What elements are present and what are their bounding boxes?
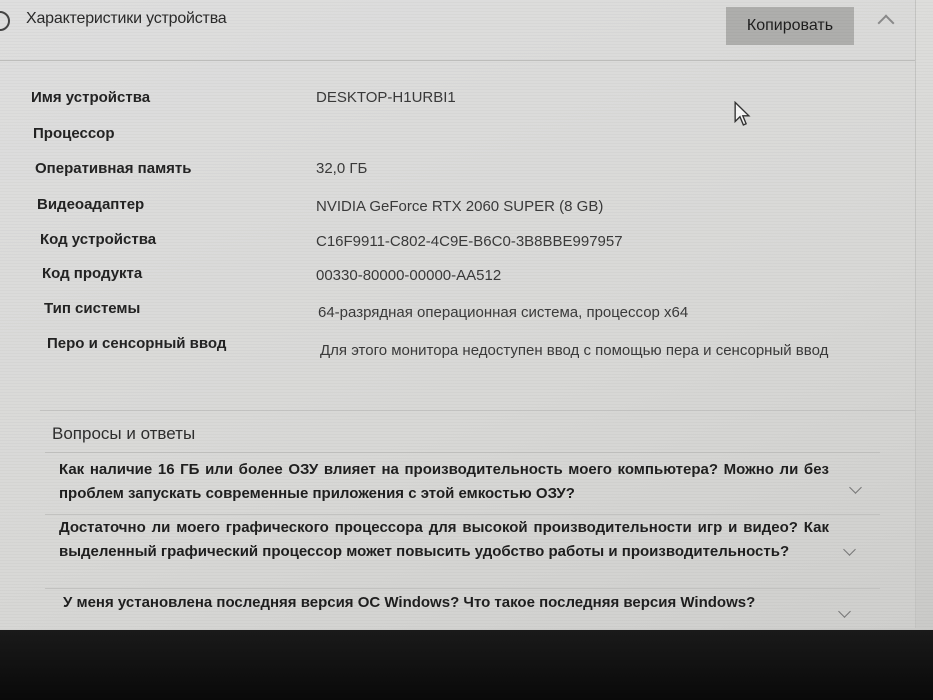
spec-label: Видеоадаптер bbox=[37, 196, 144, 213]
copy-button[interactable]: Копировать bbox=[726, 7, 854, 45]
spec-label: Тип системы bbox=[44, 300, 140, 317]
mouse-cursor-icon bbox=[733, 101, 751, 127]
faq-question: Как наличие 16 ГБ или более ОЗУ влияет н… bbox=[59, 458, 829, 506]
spec-label: Процессор bbox=[33, 125, 114, 142]
faq-title: Вопросы и ответы bbox=[52, 424, 195, 444]
spec-value[interactable]: 32,0 ГБ bbox=[316, 160, 367, 177]
faq-item[interactable]: У меня установлена последняя версия ОС W… bbox=[45, 588, 880, 629]
faq-question: Достаточно ли моего графического процесс… bbox=[59, 516, 829, 564]
spec-value[interactable]: Для этого монитора недоступен ввод с пом… bbox=[320, 341, 850, 360]
device-specs-panel: Характеристики устройства Копировать Имя… bbox=[0, 0, 916, 628]
device-specs-header[interactable]: Характеристики устройства Копировать bbox=[0, 0, 915, 61]
faq-question: У меня установлена последняя версия ОС W… bbox=[63, 591, 833, 615]
screen: Характеристики устройства Копировать Имя… bbox=[0, 0, 933, 630]
divider bbox=[40, 410, 915, 411]
faq-item[interactable]: Как наличие 16 ГБ или более ОЗУ влияет н… bbox=[45, 452, 880, 515]
spec-value[interactable]: 64-разрядная операционная система, проце… bbox=[318, 304, 688, 321]
spec-value[interactable]: C16F9911-C802-4C9E-B6C0-3B8BBE997957 bbox=[316, 233, 623, 250]
spec-label: Оперативная память bbox=[35, 160, 192, 177]
chevron-down-icon[interactable] bbox=[849, 481, 862, 494]
chevron-down-icon[interactable] bbox=[838, 605, 851, 618]
spec-label: Код устройства bbox=[40, 231, 156, 248]
chevron-down-icon[interactable] bbox=[843, 543, 856, 556]
spec-value[interactable]: NVIDIA GeForce RTX 2060 SUPER (8 GB) bbox=[316, 198, 603, 215]
section-title: Характеристики устройства bbox=[26, 10, 227, 28]
spec-label: Код продукта bbox=[42, 265, 142, 282]
info-circle-icon bbox=[0, 11, 10, 31]
spec-label: Имя устройства bbox=[31, 89, 150, 106]
spec-label: Перо и сенсорный ввод bbox=[47, 335, 226, 352]
spec-value[interactable]: DESKTOP-H1URBI1 bbox=[316, 89, 456, 106]
chevron-up-icon[interactable] bbox=[878, 15, 895, 32]
faq-item[interactable]: Достаточно ли моего графического процесс… bbox=[45, 514, 880, 589]
spec-value[interactable]: 00330-80000-00000-AA512 bbox=[316, 267, 501, 284]
monitor-bezel bbox=[0, 630, 933, 700]
